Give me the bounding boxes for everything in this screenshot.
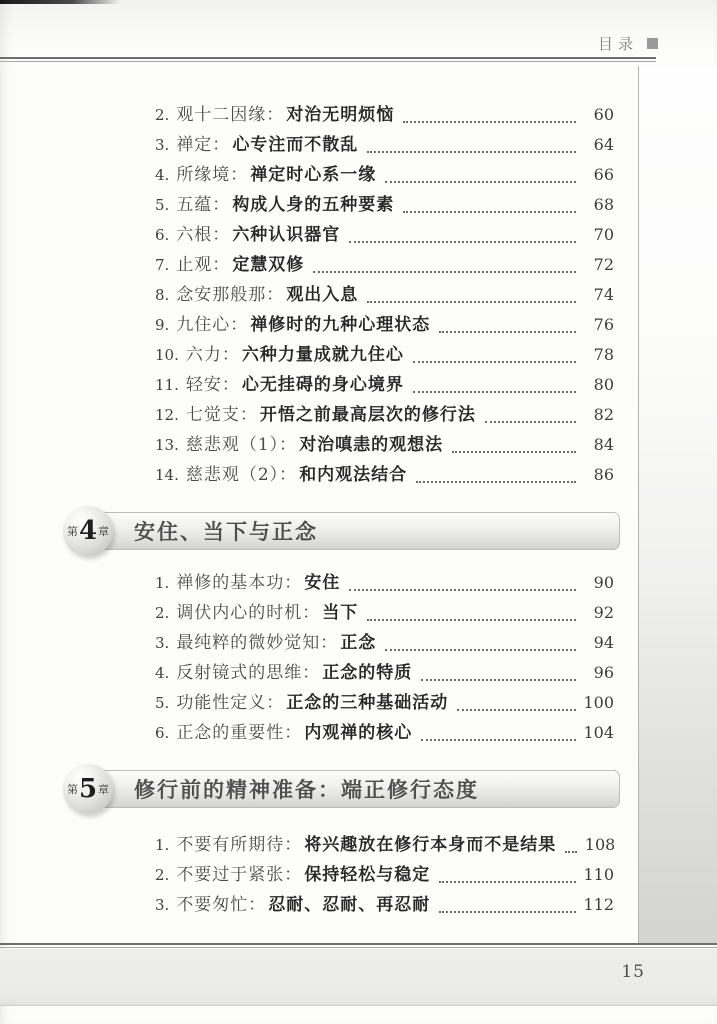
toc-entry-subtitle: 正念 [340, 628, 376, 653]
toc-entry: 12. 七觉支： 开悟之前最高层次的修行法 82 [155, 400, 614, 430]
toc-entry: 5. 功能性定义： 正念的三种基础活动 100 [155, 688, 614, 718]
page-header: 目录 [598, 33, 658, 54]
toc-entry-title: 止观： [176, 250, 230, 275]
chapter-number: 5 [79, 776, 97, 802]
toc-entry-page: 70 [582, 225, 614, 244]
toc-entry-page: 64 [582, 135, 614, 154]
chapter-prefix: 第 [67, 781, 78, 797]
toc-entry-title: 功能性定义： [176, 688, 284, 713]
toc-entry-number: 4. [155, 664, 169, 682]
chapter-number-badge: 第 4 章 [63, 506, 113, 556]
dot-leader [313, 271, 576, 273]
toc-entry: 10. 六力： 六种力量成就九住心 78 [155, 340, 614, 370]
toc-entry-subtitle: 禅定时心系一缘 [250, 160, 376, 185]
toc-entry-number: 6. [155, 724, 169, 742]
toc-entry-number: 5. [155, 196, 169, 214]
toc-entry-number: 2. [155, 106, 169, 124]
toc-entry-title: 九住心： [176, 310, 248, 335]
dot-leader [416, 481, 576, 483]
toc-entry: 4. 所缘境： 禅定时心系一缘 66 [155, 160, 614, 190]
toc-entry-title: 所缘境： [176, 160, 248, 185]
toc-entry-number: 14. [155, 466, 179, 484]
toc-section: 安住、当下与正念 第 4 章 1. 禅修的基本功： 安住 90 2. 调伏内心的… [0, 506, 717, 748]
toc-entry-number: 2. [155, 604, 169, 622]
toc-entry-number: 1. [155, 574, 169, 592]
toc-entry-page: 80 [582, 375, 614, 394]
toc-entry: 11. 轻安： 心无挂碍的身心境界 80 [155, 370, 614, 400]
toc-entry-subtitle: 六种力量成就九住心 [242, 340, 404, 365]
toc-entry-subtitle: 内观禅的核心 [304, 718, 412, 743]
toc-entry: 3. 禅定： 心专注而不散乱 64 [155, 130, 614, 160]
toc-entry: 2. 观十二因缘： 对治无明烦恼 60 [155, 100, 614, 130]
toc-entry-number: 11. [155, 376, 179, 394]
toc-entry-page: 92 [582, 603, 614, 622]
dot-leader [385, 649, 576, 651]
dot-leader [421, 679, 576, 681]
toc-entry: 2. 调伏内心的时机： 当下 92 [155, 598, 614, 628]
toc-entry-page: 74 [582, 285, 614, 304]
toc-entry-subtitle: 定慧双修 [232, 250, 304, 275]
scan-edge-artifact [0, 0, 120, 4]
toc-item-list: 1. 禅修的基本功： 安住 90 2. 调伏内心的时机： 当下 92 3. 最纯… [0, 568, 717, 748]
toc-entry-number: 8. [155, 286, 169, 304]
dot-leader [403, 211, 576, 213]
toc-entry-page: 68 [582, 195, 614, 214]
chapter-title-bar: 修行前的精神准备：端正修行态度 [87, 770, 620, 808]
header-title: 目录 [598, 33, 638, 54]
page-number: 15 [621, 962, 645, 982]
dot-leader [485, 421, 576, 423]
toc-entry-subtitle: 和内观法结合 [299, 460, 407, 485]
toc-entry-page: 94 [582, 633, 614, 652]
toc-entry-subtitle: 构成人身的五种要素 [232, 190, 394, 215]
toc-sections: 2. 观十二因缘： 对治无明烦恼 60 3. 禅定： 心专注而不散乱 64 4.… [0, 66, 717, 920]
toc-entry: 13. 慈悲观（1）： 对治嗔恚的观想法 84 [155, 430, 614, 460]
toc-entry-number: 12. [155, 406, 179, 424]
toc-section: 2. 观十二因缘： 对治无明烦恼 60 3. 禅定： 心专注而不散乱 64 4.… [0, 100, 717, 490]
chapter-suffix: 章 [98, 781, 109, 797]
toc-entry-title: 七觉支： [186, 400, 258, 425]
toc-entry-page: 96 [582, 663, 614, 682]
toc-entry: 7. 止观： 定慧双修 72 [155, 250, 614, 280]
toc-entry-title: 反射镜式的思维： [176, 658, 320, 683]
toc-entry-number: 10. [155, 346, 179, 364]
toc-entry-number: 6. [155, 226, 169, 244]
toc-entry: 9. 九住心： 禅修时的九种心理状态 76 [155, 310, 614, 340]
toc-entry-title: 六根： [176, 220, 230, 245]
chapter-number: 4 [79, 518, 97, 544]
toc-entry-number: 13. [155, 436, 179, 454]
toc-entry-page: 66 [582, 165, 614, 184]
dot-leader [421, 739, 576, 741]
toc-entry-title: 轻安： [186, 370, 240, 395]
toc-item-list: 1. 不要有所期待： 将兴趣放在修行本身而不是结果 108 2. 不要过于紧张：… [0, 830, 717, 920]
dot-leader [349, 589, 576, 591]
toc-entry-subtitle: 保持轻松与稳定 [304, 860, 430, 885]
dot-leader [439, 331, 576, 333]
dot-leader [367, 619, 576, 621]
toc-entry-title: 正念的重要性： [176, 718, 302, 743]
toc-entry-page: 112 [582, 895, 614, 914]
toc-entry-subtitle: 心专注而不散乱 [232, 130, 358, 155]
dot-leader [413, 361, 576, 363]
chapter-prefix: 第 [67, 523, 78, 539]
toc-entry-title: 不要匆忙： [176, 890, 266, 915]
toc-entry-subtitle: 当下 [322, 598, 358, 623]
toc-entry: 1. 禅修的基本功： 安住 90 [155, 568, 614, 598]
header-divider [0, 57, 656, 63]
toc-section: 修行前的精神准备：端正修行态度 第 5 章 1. 不要有所期待： 将兴趣放在修行… [0, 764, 717, 920]
toc-entry-number: 9. [155, 316, 169, 334]
square-marker-icon [647, 38, 658, 49]
toc-entry-title: 不要过于紧张： [176, 860, 302, 885]
toc-entry-page: 72 [582, 255, 614, 274]
toc-entry-title: 禅定： [176, 130, 230, 155]
toc-entry-subtitle: 对治无明烦恼 [286, 100, 394, 125]
toc-entry-page: 84 [582, 435, 614, 454]
toc-entry-subtitle: 禅修时的九种心理状态 [250, 310, 430, 335]
chapter-suffix: 章 [98, 523, 109, 539]
toc-entry-page: 78 [582, 345, 614, 364]
toc-entry-number: 1. [155, 836, 169, 854]
scanned-page: 目录 2. 观十二因缘： 对治无明烦恼 60 3. 禅定： 心专注而不散乱 64… [0, 0, 717, 1024]
dot-leader [367, 151, 576, 153]
toc-entry-title: 慈悲观（2）： [186, 460, 297, 485]
toc-entry-page: 60 [582, 105, 614, 124]
toc-entry: 3. 最纯粹的微妙觉知： 正念 94 [155, 628, 614, 658]
toc-entry: 8. 念安那般那： 观出入息 74 [155, 280, 614, 310]
chapter-title: 安住、当下与正念 [134, 516, 318, 546]
toc-entry-page: 82 [582, 405, 614, 424]
toc-entry-number: 3. [155, 896, 169, 914]
dot-leader [457, 709, 576, 711]
dot-leader [439, 911, 576, 913]
toc-entry-number: 4. [155, 166, 169, 184]
toc-entry: 4. 反射镜式的思维： 正念的特质 96 [155, 658, 614, 688]
toc-entry-subtitle: 正念的三种基础活动 [286, 688, 448, 713]
toc-entry-number: 7. [155, 256, 169, 274]
toc-entry-subtitle: 开悟之前最高层次的修行法 [260, 400, 476, 425]
toc-entry-subtitle: 心无挂碍的身心境界 [242, 370, 404, 395]
chapter-heading: 安住、当下与正念 第 4 章 [63, 506, 620, 556]
toc-entry-title: 调伏内心的时机： [176, 598, 320, 623]
toc-entry-page: 110 [582, 865, 614, 884]
dot-leader [403, 121, 576, 123]
toc-entry-page: 104 [582, 723, 614, 742]
toc-entry-title: 六力： [186, 340, 240, 365]
toc-entry-subtitle: 安住 [304, 568, 340, 593]
toc-entry: 6. 正念的重要性： 内观禅的核心 104 [155, 718, 614, 748]
chapter-title: 修行前的精神准备：端正修行态度 [134, 774, 479, 804]
dot-leader [439, 881, 576, 883]
toc-entry: 1. 不要有所期待： 将兴趣放在修行本身而不是结果 108 [155, 830, 614, 860]
toc-entry-subtitle: 忍耐、忍耐、再忍耐 [268, 890, 430, 915]
toc-entry-title: 不要有所期待： [176, 830, 302, 855]
toc-entry-subtitle: 六种认识器官 [232, 220, 340, 245]
toc-entry-title: 五蕴： [176, 190, 230, 215]
toc-entry-subtitle: 观出入息 [286, 280, 358, 305]
toc-entry-number: 3. [155, 634, 169, 652]
toc-entry-page: 100 [582, 693, 614, 712]
toc-entry-title: 禅修的基本功： [176, 568, 302, 593]
dot-leader [385, 181, 576, 183]
dot-leader [413, 391, 576, 393]
toc-item-list: 2. 观十二因缘： 对治无明烦恼 60 3. 禅定： 心专注而不散乱 64 4.… [0, 100, 717, 490]
toc-entry-title: 最纯粹的微妙觉知： [176, 628, 338, 653]
toc-entry: 3. 不要匆忙： 忍耐、忍耐、再忍耐 112 [155, 890, 614, 920]
toc-entry: 14. 慈悲观（2）： 和内观法结合 86 [155, 460, 614, 490]
toc-entry-title: 慈悲观（1）： [186, 430, 297, 455]
toc-entry-title: 观十二因缘： [176, 100, 284, 125]
toc-entry-page: 90 [582, 573, 614, 592]
toc-entry-page: 86 [582, 465, 614, 484]
toc-entry-page: 108 [583, 835, 614, 854]
toc-entry-subtitle: 对治嗔恚的观想法 [299, 430, 443, 455]
toc-entry-page: 76 [582, 315, 614, 334]
toc-entry-number: 5. [155, 694, 169, 712]
toc-entry-number: 2. [155, 866, 169, 884]
footer-band [0, 949, 717, 1006]
toc-entry-number: 3. [155, 136, 169, 154]
toc-entry: 6. 六根： 六种认识器官 70 [155, 220, 614, 250]
toc-entry: 5. 五蕴： 构成人身的五种要素 68 [155, 190, 614, 220]
toc-entry: 2. 不要过于紧张： 保持轻松与稳定 110 [155, 860, 614, 890]
dot-leader [565, 851, 577, 853]
toc-entry-title: 念安那般那： [176, 280, 284, 305]
toc-entry-subtitle: 将兴趣放在修行本身而不是结果 [304, 830, 556, 855]
dot-leader [367, 301, 576, 303]
chapter-number-badge: 第 5 章 [63, 764, 113, 814]
toc-entry-subtitle: 正念的特质 [322, 658, 412, 683]
dot-leader [452, 451, 576, 453]
dot-leader [349, 241, 576, 243]
chapter-title-bar: 安住、当下与正念 [87, 512, 620, 550]
chapter-heading: 修行前的精神准备：端正修行态度 第 5 章 [63, 764, 620, 814]
